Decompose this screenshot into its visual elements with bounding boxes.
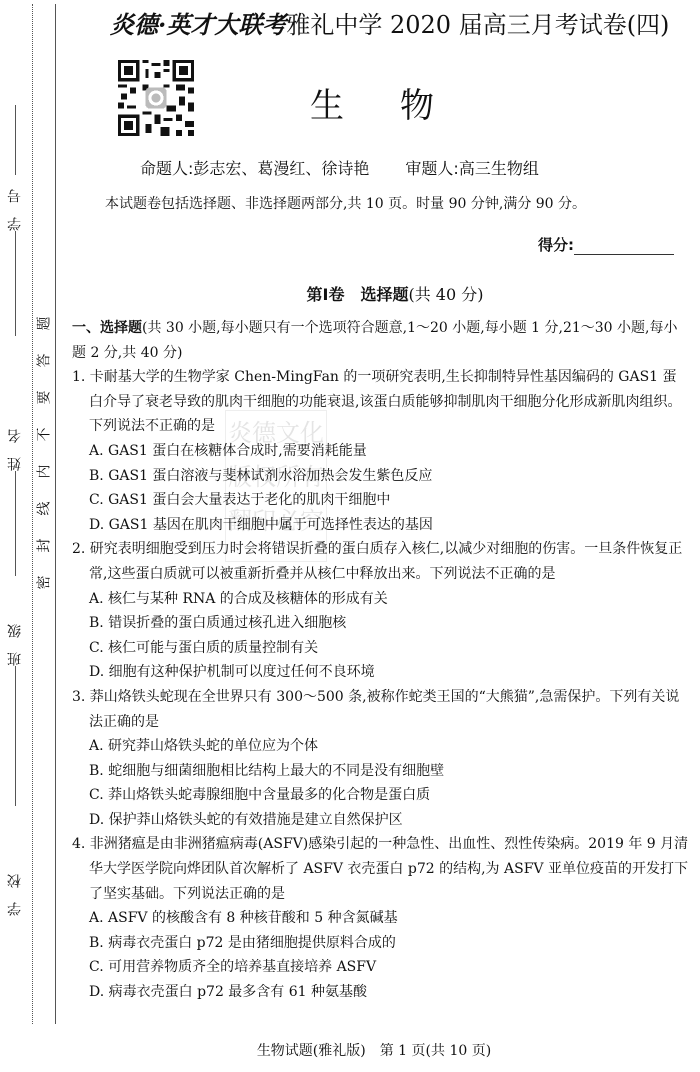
subject-title: 生物 xyxy=(310,78,490,127)
option-c: C. GAS1 蛋白会大量表达于老化的肌肉干细胞中 xyxy=(72,488,690,513)
question-stem: 3. 莽山烙铁头蛇现在全世界只有 300～500 条,被称作蛇类王国的“大熊猫”… xyxy=(72,685,690,734)
section-title-main: 第Ⅰ卷 选择题 xyxy=(307,285,409,304)
option-d: D. 细胞有这种保护机制可以度过任何不良环境 xyxy=(72,660,690,685)
instructions-text: (共 30 小题,每小题只有一个选项符合题意,1～20 小题,每小题 1 分,2… xyxy=(72,320,678,361)
setters-label: 命题人: xyxy=(140,159,193,178)
section-instructions: 一、选择题(共 30 小题,每小题只有一个选项符合题意,1～20 小题,每小题 … xyxy=(72,316,690,365)
class-field[interactable]: 班级 xyxy=(2,610,28,806)
class-label: 班级 xyxy=(2,610,28,666)
question-stem: 2. 研究表明细胞受到压力时会将错误折叠的蛋白质存入核仁,以减少对细胞的伤害。一… xyxy=(72,537,690,586)
school-field[interactable]: 学校 xyxy=(2,860,28,916)
question-stem: 1. 卡耐基大学的生物学家 Chen-MingFan 的一项研究表明,生长抑制特… xyxy=(72,365,690,439)
option-c: C. 核仁可能与蛋白质的质量控制有关 xyxy=(72,636,690,661)
section-title: 第Ⅰ卷 选择题(共 40 分) xyxy=(0,282,700,305)
exam-title-brand: 炎德·英才大联考 xyxy=(110,10,286,39)
question-3: 3. 莽山烙铁头蛇现在全世界只有 300～500 条,被称作蛇类王国的“大熊猫”… xyxy=(72,685,690,833)
question-1: 1. 卡耐基大学的生物学家 Chen-MingFan 的一项研究表明,生长抑制特… xyxy=(72,365,690,537)
name-blank[interactable] xyxy=(15,471,16,576)
option-a: A. GAS1 蛋白在核糖体合成时,需要消耗能量 xyxy=(72,439,690,464)
score-blank[interactable] xyxy=(574,238,674,255)
seal-char: 答 xyxy=(27,354,64,368)
seal-char: 不 xyxy=(27,428,64,442)
authors-line: 命题人:彭志宏、葛漫红、徐诗艳审题人:高三生物组 xyxy=(140,156,539,179)
option-b: B. 病毒衣壳蛋白 p72 是由猪细胞提供原料合成的 xyxy=(72,931,690,956)
option-d: D. 保护莽山烙铁头蛇的有效措施是建立自然保护区 xyxy=(72,808,690,833)
instructions-label: 一、选择题 xyxy=(72,320,142,336)
option-a: A. ASFV 的核酸含有 8 种核苷酸和 5 种含氮碱基 xyxy=(72,906,690,931)
class-blank[interactable] xyxy=(15,666,16,806)
reviewers-label: 审题人: xyxy=(405,159,458,178)
option-c: C. 莽山烙铁头蛇毒腺细胞中含量最多的化合物是蛋白质 xyxy=(72,783,690,808)
seal-char: 要 xyxy=(27,391,64,405)
name-field[interactable]: 姓名 xyxy=(2,415,28,576)
score-field[interactable]: 得分: xyxy=(538,234,674,255)
seal-char: 封 xyxy=(27,539,64,553)
option-b: B. 错误折叠的蛋白质通过核孔进入细胞核 xyxy=(72,611,690,636)
school-label: 学校 xyxy=(2,860,28,916)
question-stem: 4. 非洲猪瘟是由非洲猪瘟病毒(ASFV)感染引起的一种急性、出血性、烈性传染病… xyxy=(72,832,690,906)
option-b: B. GAS1 蛋白溶液与斐林试剂水浴加热会发生紫色反应 xyxy=(72,464,690,489)
score-label: 得分: xyxy=(538,236,574,254)
option-b: B. 蛇细胞与细菌细胞相比结构上最大的不同是没有细胞壁 xyxy=(72,759,690,784)
option-d: D. 病毒衣壳蛋白 p72 最多含有 61 种氨基酸 xyxy=(72,980,690,1005)
question-2: 2. 研究表明细胞受到压力时会将错误折叠的蛋白质存入核仁,以减少对细胞的伤害。一… xyxy=(72,537,690,685)
seal-char: 题 xyxy=(27,317,64,331)
qr-code-icon[interactable] xyxy=(118,60,194,136)
option-d: D. GAS1 基因在肌肉干细胞中属于可选择性表达的基因 xyxy=(72,513,690,538)
exam-intro: 本试题卷包括选择题、非选择题两部分,共 10 页。时量 90 分钟,满分 90 … xyxy=(105,193,586,213)
question-4: 4. 非洲猪瘟是由非洲猪瘟病毒(ASFV)感染引起的一种急性、出血性、烈性传染病… xyxy=(72,832,690,1004)
seal-char: 内 xyxy=(27,465,64,479)
page-footer: 生物试题(雅礼版) 第 1 页(共 10 页) xyxy=(0,1040,700,1060)
setters-names: 彭志宏、葛漫红、徐诗艳 xyxy=(193,159,369,178)
exam-title-rest: 雅礼中学 2020 届高三月考试卷(四) xyxy=(286,11,669,39)
option-c: C. 可用营养物质齐全的培养基直接培养 ASFV xyxy=(72,955,690,980)
seal-char: 线 xyxy=(27,502,64,516)
name-label: 姓名 xyxy=(2,415,28,471)
exam-title: 炎德·英才大联考雅礼中学 2020 届高三月考试卷(四) xyxy=(110,5,700,40)
seal-notice: 题 答 要 不 内 线 封 密 xyxy=(35,305,55,601)
question-content: 一、选择题(共 30 小题,每小题只有一个选项符合题意,1～20 小题,每小题 … xyxy=(72,316,690,1005)
student-id-blank[interactable] xyxy=(15,105,16,175)
student-id-label: 学号 xyxy=(2,175,28,231)
option-a: A. 核仁与某种 RNA 的合成及核糖体的形成有关 xyxy=(72,587,690,612)
seal-char: 密 xyxy=(27,576,64,590)
reviewers-names: 高三生物组 xyxy=(459,159,539,178)
section-title-points: (共 40 分) xyxy=(408,285,483,304)
option-a: A. 研究莽山烙铁头蛇的单位应为个体 xyxy=(72,734,690,759)
